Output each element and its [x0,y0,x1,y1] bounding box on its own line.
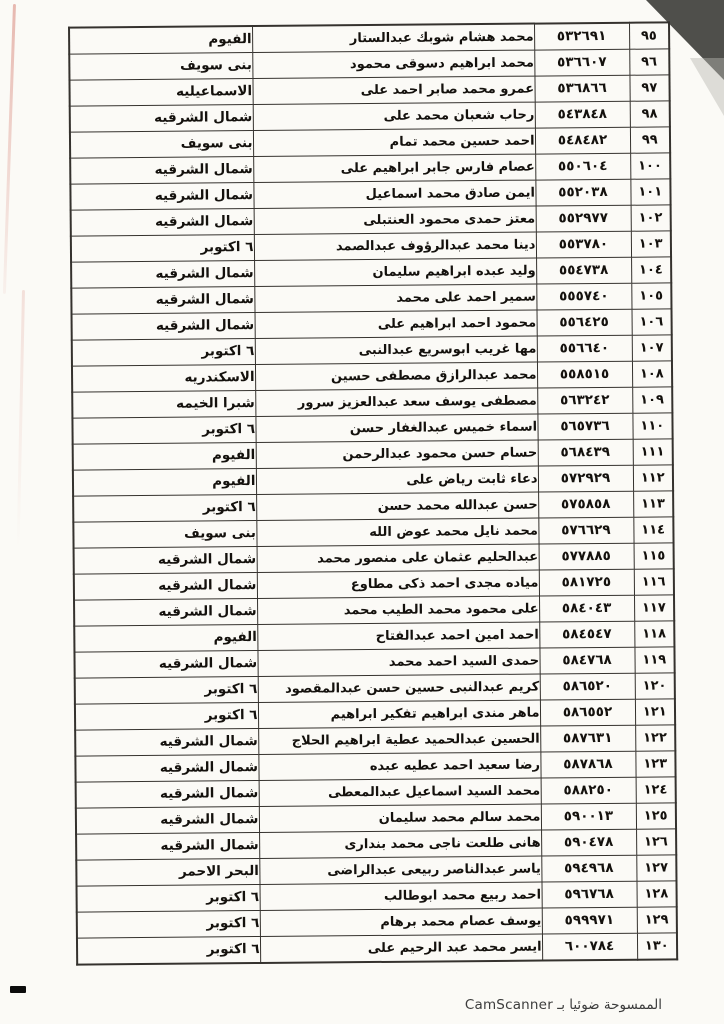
id-number-cell: ٥٨٧٨٦٨ [540,751,635,778]
row-number-cell: ١١٨ [634,621,674,647]
row-number-cell: ١٢٠ [635,673,675,699]
row-number-cell: ١٢٤ [636,777,676,803]
name-cell: احمد ربيع محمد ابوطالب [260,882,542,910]
name-cell: وليد عبده ابراهيم سليمان [254,258,536,286]
id-number-cell: ٥٦٨٤٣٩ [538,439,633,466]
row-number-cell: ١١٥ [634,543,674,569]
id-number-cell: ٥٨٤٧٦٨ [539,647,634,674]
governorate-cell: شمال الشرقيه [74,547,257,575]
name-cell: رضا سعيد احمد عطيه عبده [258,752,540,780]
name-cell: احمد امين احمد عبدالفتاح [257,622,539,650]
row-number-cell: ١١٦ [634,569,674,595]
row-number-cell: ١٢٩ [637,907,677,933]
governorate-cell: شمال الشرقيه [70,183,253,211]
row-number-cell: ١٠٣ [631,231,671,257]
id-number-cell: ٥٥٦٦٤٠ [537,335,632,362]
id-number-cell: ٥٣٢٦٩١ [534,23,629,50]
name-cell: الحسين عبدالحميد عطية ابراهيم الحلاج [258,726,540,754]
row-number-cell: ١٠١ [630,179,670,205]
records-table-wrap: ٩٥٥٣٢٦٩١محمد هشام شوبك عبدالستارالفيوم٩٦… [70,21,678,965]
id-number-cell: ٥٥٨٥١٥ [537,361,632,388]
records-table-body: ٩٥٥٣٢٦٩١محمد هشام شوبك عبدالستارالفيوم٩٦… [69,22,677,964]
name-cell: محمد ابراهيم دسوقى محمود [252,50,534,78]
governorate-cell: شمال الشرقيه [75,729,258,757]
row-number-cell: ١٠٢ [631,205,671,231]
row-number-cell: ٩٦ [629,49,669,75]
governorate-cell: الاسكندريه [72,365,255,393]
name-cell: احمد حسين محمد تمام [253,128,535,156]
name-cell: محمد هشام شوبك عبدالستار [252,24,534,53]
id-number-cell: ٥٨٤٥٤٧ [539,621,634,648]
id-number-cell: ٥٤٨٤٨٢ [535,127,630,154]
id-number-cell: ٥٨٦٥٢٠ [540,673,635,700]
name-cell: حمدى السيد احمد محمد [257,648,539,676]
governorate-cell: ٦ اكتوبر [75,677,258,705]
name-cell: هانى طلعت ناجى محمد بندارى [259,830,541,858]
id-number-cell: ٥٣٦٨٦٦ [534,75,629,102]
governorate-cell: شمال الشرقيه [71,287,254,315]
governorate-cell: شمال الشرقيه [71,209,254,237]
governorate-cell: ٦ اكتوبر [77,910,260,938]
row-number-cell: ١٠٩ [632,387,672,413]
id-number-cell: ٥٥٤٧٣٨ [536,257,631,284]
row-number-cell: ١٢٥ [636,803,676,829]
name-cell: معتز حمدى محمود العنتبلى [254,206,536,234]
row-number-cell: ١٠٠ [630,153,670,179]
governorate-cell: ٦ اكتوبر [77,936,260,964]
governorate-cell: بنى سويف [73,521,256,549]
name-cell: ايمن صادق محمد اسماعيل [253,180,535,208]
row-number-cell: ١١٤ [633,517,673,543]
governorate-cell: الفيوم [73,443,256,471]
governorate-cell: شمال الشرقيه [76,832,259,860]
name-cell: مها غريب ابوسريع عبدالنبى [255,336,537,364]
name-cell: اسماء خميس عبدالغفار حسن [255,414,537,442]
governorate-cell: الاسماعيليه [69,79,252,107]
governorate-cell: شبرا الخيمه [72,391,255,419]
name-cell: حسن عبدالله محمد حسن [256,492,538,520]
id-number-cell: ٥٩٦٧٦٨ [541,881,636,908]
row-number-cell: ١٠٨ [632,361,672,387]
governorate-cell: البحر الاحمر [76,858,259,886]
name-cell: ياسر عبدالناصر ربيعى عبدالراضى [259,856,541,884]
name-cell: محمد سالم محمد سليمان [259,804,541,832]
row-number-cell: ١٠٥ [631,283,671,309]
governorate-cell: ٦ اكتوبر [77,884,260,912]
page-corner-fold-shadow [690,58,724,116]
row-number-cell: ٩٩ [630,127,670,153]
row-number-cell: ١٢٧ [636,855,676,881]
governorate-cell: شمال الشرقيه [70,157,253,185]
governorate-cell: بنى سويف [69,53,252,81]
name-cell: محمد عبدالرازق مصطفى حسين [255,362,537,390]
id-number-cell: ٥٧٥٨٥٨ [538,491,633,518]
governorate-cell: بنى سويف [70,131,253,159]
row-number-cell: ١٢١ [635,699,675,725]
governorate-cell: ٦ اكتوبر [73,495,256,523]
name-cell: عمرو محمد صابر احمد على [252,76,534,104]
id-number-cell: ٥٣٦٦٠٧ [534,49,629,76]
row-number-cell: ١٢٨ [636,881,676,907]
table-row: ١٣٠٦٠٠٧٨٤ايسر محمد عبد الرحيم على٦ اكتوب… [77,933,677,965]
governorate-cell: ٦ اكتوبر [75,703,258,731]
row-number-cell: ١٣٠ [637,933,677,960]
scan-artifact-pink-streak-lower [17,290,25,550]
scan-artifact-ink-dash [10,986,26,993]
id-number-cell: ٥٩٤٩٦٨ [541,855,636,882]
row-number-cell: ١١٠ [632,413,672,439]
name-cell: دعاء ثابت رياض على [256,466,538,494]
id-number-cell: ٥٨٧٦٣١ [540,725,635,752]
id-number-cell: ٥٤٣٨٤٨ [535,101,630,128]
name-cell: يوسف عصام محمد برهام [260,908,542,936]
id-number-cell: ٥٨٨٢٥٠ [541,777,636,804]
name-cell: سمير احمد على محمد [254,284,536,312]
name-cell: مياده مجدى احمد ذكى مطاوع [257,570,539,598]
id-number-cell: ٥٧٦٦٢٩ [538,517,633,544]
name-cell: كريم عبدالنبى حسين حسن عبدالمقصود [258,674,540,702]
governorate-cell: شمال الشرقيه [70,105,253,133]
camscanner-watermark: الممسوحة ضوئيا بـ CamScanner [465,997,662,1013]
governorate-cell: ٦ اكتوبر [71,235,254,263]
row-number-cell: ٩٥ [629,22,669,49]
row-number-cell: ١٠٤ [631,257,671,283]
governorate-cell: شمال الشرقيه [75,755,258,783]
id-number-cell: ٥٥٠٦٠٤ [535,153,630,180]
name-cell: مصطفى يوسف سعد عبدالعزيز سرور [255,388,537,416]
id-number-cell: ٥٩٩٩٧١ [542,907,637,934]
name-cell: عبدالحليم عثمان على منصور محمد [257,544,539,572]
id-number-cell: ٥٥٥٧٤٠ [536,283,631,310]
governorate-cell: شمال الشرقيه [76,807,259,835]
row-number-cell: ١٠٦ [631,309,671,335]
row-number-cell: ٩٨ [630,101,670,127]
name-cell: ايسر محمد عبد الرحيم على [260,934,542,963]
governorate-cell: شمال الشرقيه [74,651,257,679]
name-cell: محمود احمد ابراهيم على [255,310,537,338]
id-number-cell: ٥٥٦٤٢٥ [537,309,632,336]
id-number-cell: ٥٧٢٩٢٩ [538,465,633,492]
row-number-cell: ١١٩ [634,647,674,673]
row-number-cell: ١١٧ [634,595,674,621]
name-cell: محمد نايل محمد عوض الله [256,518,538,546]
name-cell: عصام فارس جابر ابراهيم على [253,154,535,182]
id-number-cell: ٥٧٧٨٨٥ [539,543,634,570]
row-number-cell: ١١٣ [633,491,673,517]
row-number-cell: ١٢٢ [635,725,675,751]
governorate-cell: الفيوم [73,469,256,497]
id-number-cell: ٦٠٠٧٨٤ [542,933,637,960]
governorate-cell: شمال الشرقيه [71,261,254,289]
id-number-cell: ٥٨٦٥٥٢ [540,699,635,726]
scanned-document-page: ٩٥٥٣٢٦٩١محمد هشام شوبك عبدالستارالفيوم٩٦… [0,0,724,1024]
id-number-cell: ٥٨١٧٢٥ [539,569,634,596]
id-number-cell: ٥٥٢٩٧٧ [536,205,631,232]
governorate-cell: شمال الشرقيه [74,599,257,627]
row-number-cell: ١١٢ [633,465,673,491]
name-cell: رحاب شعبان محمد على [253,102,535,130]
id-number-cell: ٥٥٢٠٣٨ [535,179,630,206]
name-cell: ماهر مندى ابراهيم تفكير ابراهيم [258,700,540,728]
scan-artifact-pink-streak [3,4,16,294]
id-number-cell: ٥٦٣٢٤٢ [537,387,632,414]
row-number-cell: ٩٧ [629,75,669,101]
name-cell: محمد السيد اسماعيل عبدالمعطى [259,778,541,806]
id-number-cell: ٥٩٠٠١٣ [541,803,636,830]
id-number-cell: ٥٨٤٠٤٣ [539,595,634,622]
governorate-cell: شمال الشرقيه [76,781,259,809]
governorate-cell: شمال الشرقيه [74,573,257,601]
row-number-cell: ١٢٣ [635,751,675,777]
name-cell: حسام حسن محمود عبدالرحمن [256,440,538,468]
row-number-cell: ١٢٦ [636,829,676,855]
governorate-cell: ٦ اكتوبر [72,339,255,367]
id-number-cell: ٥٩٠٤٧٨ [541,829,636,856]
governorate-cell: شمال الشرقيه [72,313,255,341]
name-cell: على محمود محمد الطيب محمد [257,596,539,624]
id-number-cell: ٥٦٥٧٣٦ [537,413,632,440]
row-number-cell: ١٠٧ [632,335,672,361]
governorate-cell: الفيوم [69,26,252,54]
id-number-cell: ٥٥٣٧٨٠ [536,231,631,258]
governorate-cell: ٦ اكتوبر [72,417,255,445]
name-cell: دينا محمد عبدالرؤوف عبدالصمد [254,232,536,260]
governorate-cell: الفيوم [74,625,257,653]
records-table: ٩٥٥٣٢٦٩١محمد هشام شوبك عبدالستارالفيوم٩٦… [68,21,678,965]
row-number-cell: ١١١ [633,439,673,465]
